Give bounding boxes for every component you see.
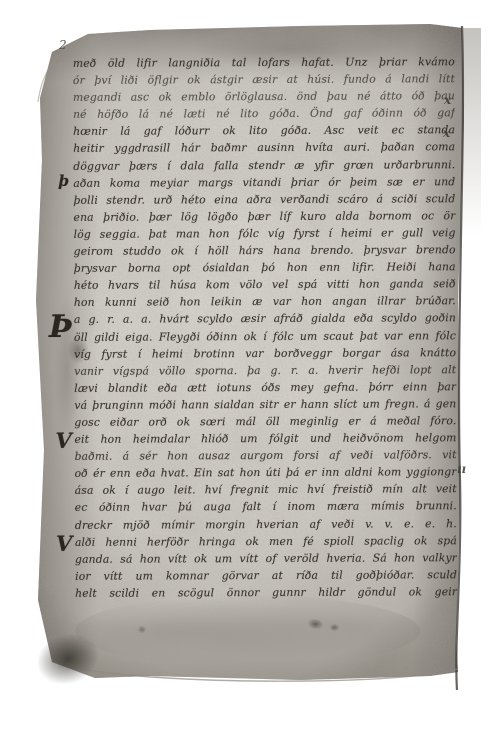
manuscript-line: oð ér enn eða hvat. Ein sat hon úti þá e… [75, 463, 457, 482]
manuscript-line: eit hon heimdalar hlióð um fólgit und he… [74, 429, 456, 448]
stanza-initial: V [56, 531, 72, 556]
manuscript-line: dreckr mjöð mímir morgin hverian af veði… [75, 515, 457, 534]
manuscript-line: a g. r. a. a. hvárt scyldo æsir afráð gi… [74, 310, 456, 329]
manuscript-line: ganda. sá hon vítt ok um vítt of veröld … [75, 549, 457, 568]
manuscript-line: lævi blandit eða ætt iotuns óðs mey gefn… [74, 378, 456, 397]
manuscript-line: heitir yggdrasill hár baðmr ausinn hvíta… [73, 139, 455, 158]
manuscript-line: ása ok í augo leit. hví fregnit mic hví … [75, 481, 457, 500]
manuscript-line: ór því liði öflgir ok ástgir æsir at hús… [73, 70, 455, 89]
manuscript-line: né höfðo lá né læti né lito góða. Önd ga… [73, 104, 455, 123]
manuscript-line: hœnir lá gaf lóðurr ok lito góða. Asc ve… [73, 122, 455, 141]
manuscript-line: alði henni herföðr hringa ok men fé spio… [75, 532, 457, 551]
folio-number: 2 [59, 38, 67, 52]
manuscript-line: geirom studdo ok í höll hárs hana brendo… [74, 241, 456, 260]
manuscript-line: döggvar þærs í dala falla stendr æ yfir … [73, 156, 455, 175]
stanza-initial: Þ [49, 308, 73, 344]
stanza-initial: V [55, 428, 71, 453]
manuscript-line: gosc eiðar orð ok sœri mál öll meginlig … [74, 412, 456, 431]
margin-mark: x [443, 126, 450, 140]
manuscript-line: aðan koma meyiar margs vitandi þriar ór … [73, 173, 455, 192]
stanza-initial: þ [58, 172, 69, 190]
text-block: með öld lifir langniðia tal lofars hafat… [73, 53, 457, 602]
manuscript-line: ior vítt um komnar görvar at ríða til go… [75, 566, 457, 585]
manuscript-line: ec óðinn hvar þú auga falt í inom mæra m… [75, 498, 457, 517]
manuscript-line: baðmi. á sér hon ausaz aurgom forsi af v… [75, 446, 457, 465]
manuscript-line: megandi asc ok emblo örlöglausa. önd þau… [73, 87, 455, 106]
manuscript-line: með öld lifir langniðia tal lofars hafat… [73, 53, 455, 72]
manuscript-line: helt scildi en scögul önnor gunnr hildr … [75, 583, 457, 602]
manuscript-photo: 2 með öld lifir langniðia tal lofars haf… [0, 0, 491, 735]
manuscript-line: ena þriðio. þær lög lögðo þær líf kuro a… [73, 207, 455, 226]
manuscript-line: vanir vígspá völlo sporna. þa g. r. a. h… [74, 361, 456, 380]
manuscript-line: þrysvar borna opt ósialdan þó hon enn li… [74, 258, 456, 277]
manuscript-line: vá þrunginn móði hann sialdan sitr er ha… [74, 395, 456, 414]
manuscript-line: hon kunni seið hon leikin æ var hon anga… [74, 292, 456, 311]
margin-mark: ıı [457, 462, 466, 476]
manuscript-line: öll gildi eiga. Fleygði óðinn ok í fólc … [74, 327, 456, 346]
manuscript-line: lög seggia. þat man hon fólc víg fyrst í… [74, 224, 456, 243]
manuscript-line: víg fyrst í heimi brotinn var borðveggr … [74, 344, 456, 363]
manuscript-line: héto hvars til húsa kom völo vel spá vit… [74, 275, 456, 294]
manuscript-line: þolli stendr. urð héto eina aðra verðand… [73, 190, 455, 209]
margin-mark: x [444, 93, 451, 107]
